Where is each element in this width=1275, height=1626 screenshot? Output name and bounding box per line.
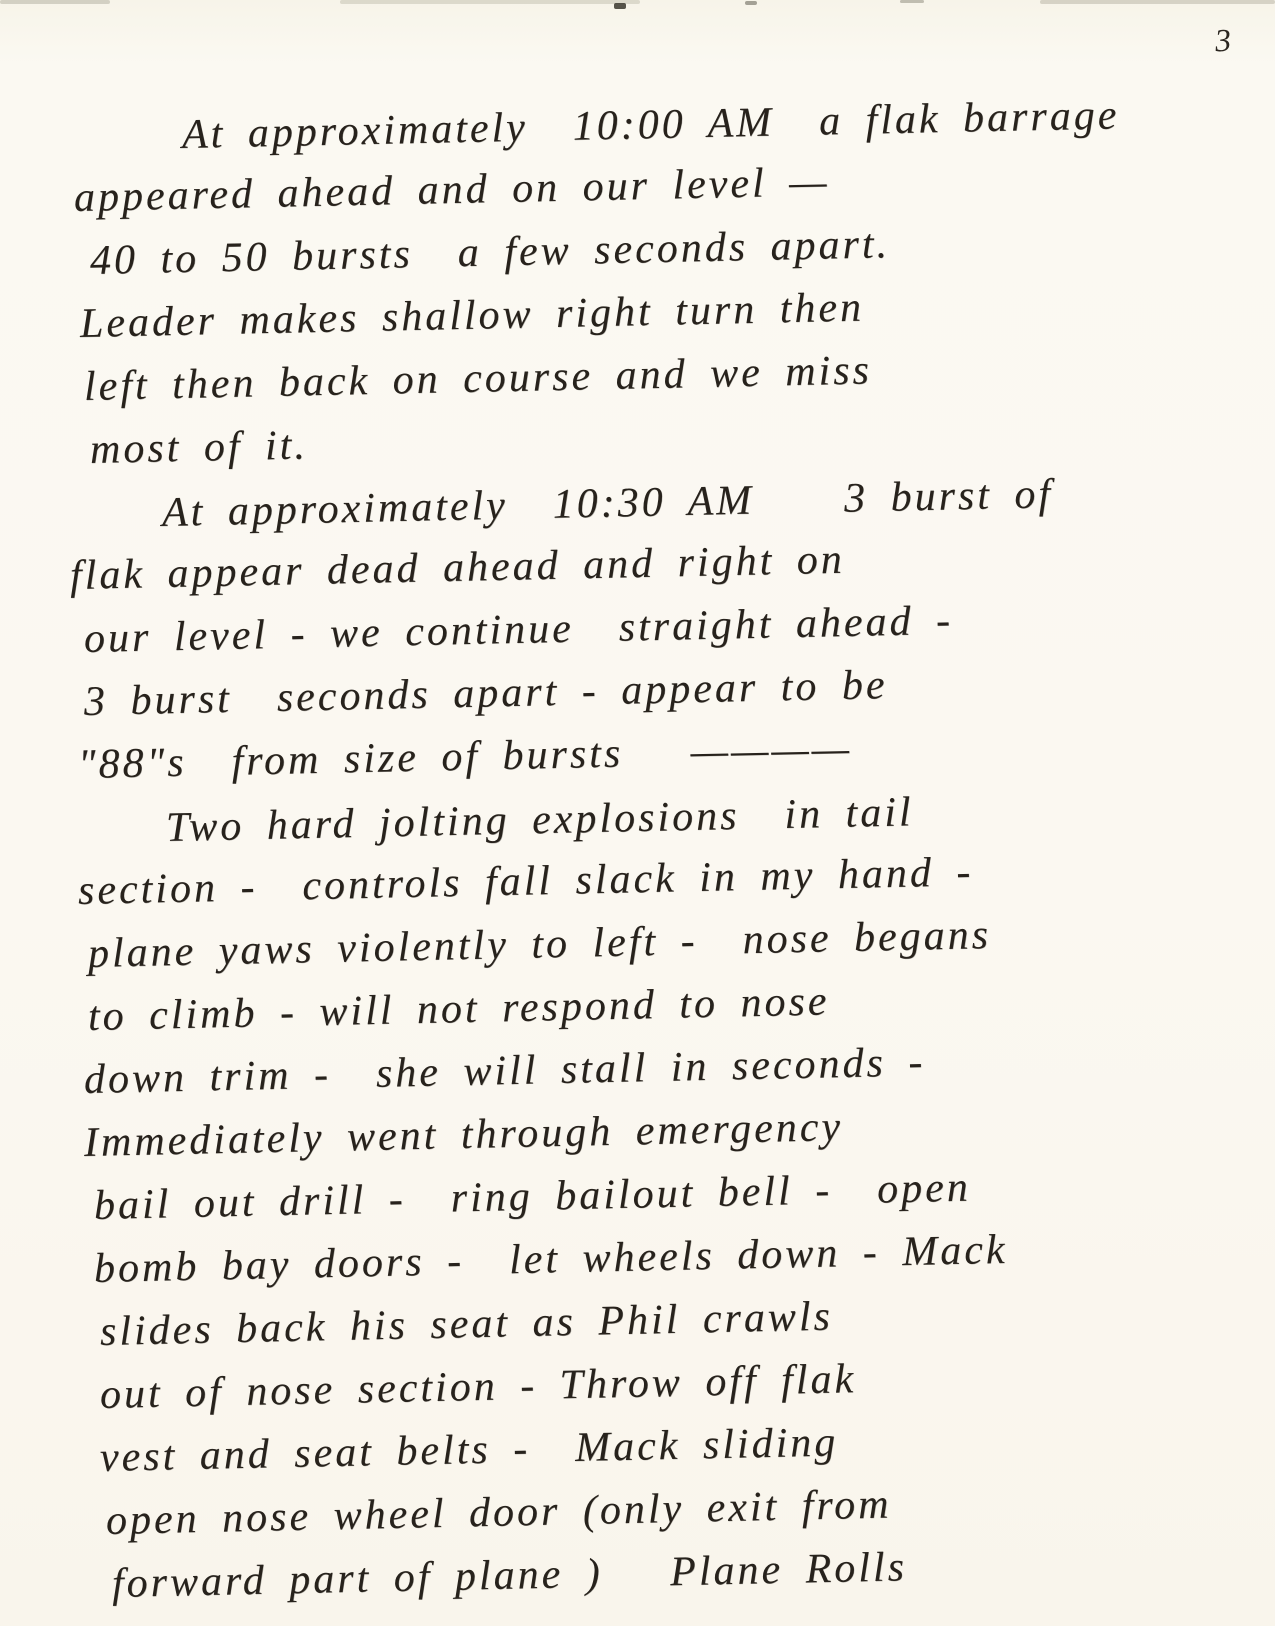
scan-artifact — [900, 0, 924, 3]
scan-artifact — [0, 0, 110, 4]
scan-artifact — [614, 3, 626, 9]
scanned-document-page: 3 At approximately 10:00 AM a flak barra… — [0, 0, 1275, 1626]
page-number: 3 — [1214, 21, 1233, 59]
scan-artifact — [1040, 0, 1275, 4]
scan-artifact — [340, 0, 640, 4]
handwriting-text-block: At approximately 10:00 AM a flak barrage… — [70, 104, 1275, 1616]
scan-artifact — [745, 1, 757, 5]
